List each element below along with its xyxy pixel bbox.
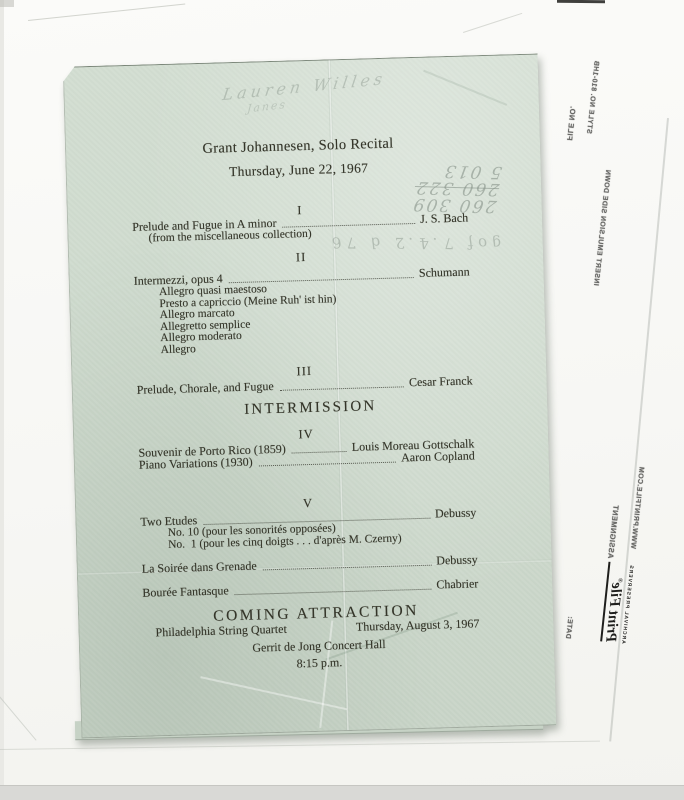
dotted-leader <box>259 462 397 467</box>
dotted-leader <box>229 277 414 283</box>
photo-bottom-band <box>0 785 684 800</box>
sleeve-crease-line <box>463 13 522 33</box>
dotted-leader <box>280 386 404 390</box>
movement: Allegro <box>160 343 195 356</box>
pencil-number-line-struck: 260 322 <box>366 177 501 197</box>
coming-attraction-performer: Philadelphia String Quartet <box>155 623 287 640</box>
sleeve-bottom-edge <box>0 741 600 751</box>
piece-composer: Debussy <box>436 553 478 567</box>
crinkle-line <box>423 70 507 106</box>
program-date: Thursday, June 22, 1967 <box>131 158 467 183</box>
program-title: Grant Johannesen, Solo Recital <box>130 134 466 160</box>
piece-composer: Chabrier <box>436 577 478 591</box>
sleeve-style-no: STYLE NO. 810-1HB <box>585 60 600 134</box>
sleeve-edge-line <box>609 118 668 741</box>
intermission-heading: INTERMISSION <box>137 395 473 421</box>
sleeve-date-label: DATE: <box>564 616 573 639</box>
registered-mark: ® <box>616 578 622 583</box>
program-content: Grant Johannesen, Solo Recital Thursday,… <box>128 57 464 66</box>
photo-left-edge <box>0 0 4 800</box>
photo-corner-mark <box>0 0 14 7</box>
piece-title: Piano Variations (1930) <box>139 456 253 472</box>
coming-attraction-date: Thursday, August 3, 1967 <box>356 617 480 633</box>
program-paper-wrap: Lauren Willes Janes 260 309 260 322 5 01… <box>72 60 550 740</box>
print-file-logo: ARCHIVAL PRESERVERS Print File® <box>600 562 634 644</box>
piece-title: La Soirée dans Grenade <box>142 560 257 576</box>
sleeve-assignment-label: ASSIGNMENT <box>606 504 621 559</box>
pencil-owner-name-line2: Janes <box>247 98 288 116</box>
piece-row: Bourée Fantasque Chabrier <box>142 577 478 599</box>
piece-composer: Debussy <box>435 506 477 520</box>
piece-title: Prelude, Chorale, and Fugue <box>137 380 274 397</box>
sleeve-emulsion-note: INSERT EMULSION SIDE DOWN <box>592 169 611 286</box>
photo-top-edge-mark <box>557 0 605 3</box>
sleeve-file-no-label: FILE NO. <box>565 105 578 141</box>
sleeve-corner-line <box>0 694 37 741</box>
piece-row: La Soirée dans Grenade Debussy <box>142 553 478 575</box>
dotted-leader <box>263 565 432 571</box>
piece-composer: J. S. Bach <box>420 212 468 226</box>
piece-title: Bourée Fantasque <box>142 584 229 599</box>
concert-program-page: Lauren Willes Janes 260 309 260 322 5 01… <box>63 53 557 738</box>
piece-composer: Aaron Copland <box>401 449 475 464</box>
piece-composer: Cesar Franck <box>409 374 473 389</box>
crinkle-line <box>319 620 333 728</box>
movement: Allegro moderato <box>160 330 242 344</box>
piece-composer: Schumann <box>419 265 470 279</box>
pencil-owner-name: Lauren Willes <box>221 69 387 104</box>
sleeve-crease-line <box>28 3 185 21</box>
dotted-leader <box>283 223 416 228</box>
scanned-photo: FILE NO. STYLE NO. 810-1HB INSERT EMULSI… <box>0 0 684 800</box>
dotted-leader <box>235 589 432 595</box>
